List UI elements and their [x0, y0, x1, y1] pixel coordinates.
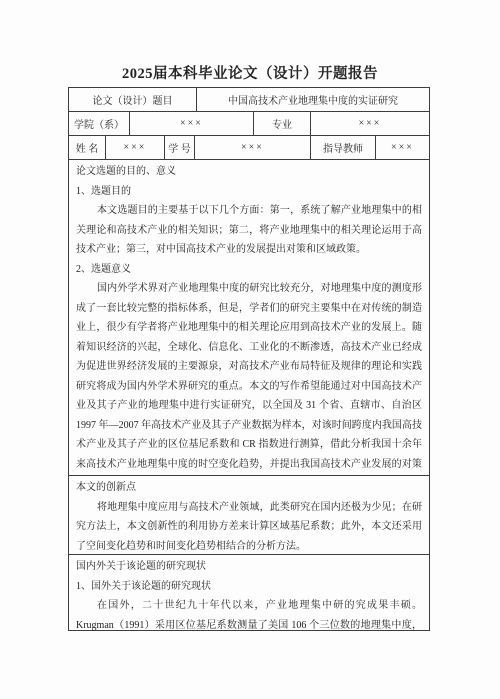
table-row-thesis-title: 论文（设计）题目 中国高技术产业地理集中度的实证研究	[69, 88, 429, 112]
section-research-status: 国内外关于该论题的研究现状 1、国外关于该论题的研究现状 在国外，二十世纪九十年…	[69, 555, 429, 634]
advisor-value: ×××	[376, 136, 429, 159]
document-page: 2025届本科毕业论文（设计）开题报告 论文（设计）题目 中国高技术产业地理集中…	[0, 0, 500, 699]
section-purpose-heading: 论文选题的目的、意义	[76, 162, 422, 182]
thesis-title-label: 论文（设计）题目	[69, 88, 197, 111]
table-row-name-id-advisor: 姓 名 ××× 学 号 ××× 指导教师 ×××	[69, 136, 429, 160]
student-id-value: ×××	[195, 136, 311, 159]
table-row-college-major: 学院（系） ××× 专业 ×××	[69, 112, 429, 136]
document-title: 2025届本科毕业论文（设计）开题报告	[0, 62, 500, 83]
section-research-status-paragraph-1: 在国外，二十世纪九十年代以来，产业地理集中研的究成果丰硕。Krugman（199…	[76, 596, 422, 634]
section-innovation: 本文的创新点 将地理集中度应用与高技术产业领域，此类研究在国内还极为少见；在研究…	[69, 476, 429, 555]
section-research-status-heading: 国内外关于该论题的研究现状	[76, 557, 422, 577]
section-research-status-subheading-1: 1、国外关于该论题的研究现状	[76, 577, 422, 597]
major-label: 专业	[254, 112, 311, 135]
section-purpose-subheading-2: 2、选题意义	[76, 260, 422, 280]
student-id-label: 学 号	[165, 136, 195, 159]
section-purpose-paragraph-2: 国内外学术界对产业地理集中度的研究比较充分，对地理集中度的测度形成了一套比较完整…	[76, 279, 422, 476]
college-value: ×××	[130, 112, 254, 135]
name-label: 姓 名	[69, 136, 106, 159]
section-innovation-paragraph-1: 将地理集中度应用与高技术产业领域，此类研究在国内还极为少见；在研究方法上，本文创…	[76, 498, 422, 556]
section-purpose: 论文选题的目的、意义 1、选题目的 本文选题目的主要基于以下几个方面：第一，系统…	[69, 160, 429, 476]
college-label: 学院（系）	[69, 112, 130, 135]
proposal-table: 论文（设计）题目 中国高技术产业地理集中度的实证研究 学院（系） ××× 专业 …	[68, 87, 430, 631]
major-value: ×××	[311, 112, 429, 135]
advisor-label: 指导教师	[311, 136, 376, 159]
section-innovation-heading: 本文的创新点	[76, 478, 422, 498]
thesis-title-value: 中国高技术产业地理集中度的实证研究	[197, 88, 429, 111]
name-value: ×××	[106, 136, 165, 159]
section-purpose-subheading-1: 1、选题目的	[76, 182, 422, 202]
section-purpose-paragraph-1: 本文选题目的主要基于以下几个方面：第一，系统了解产业地理集中的相关理论和高技术产…	[76, 201, 422, 260]
